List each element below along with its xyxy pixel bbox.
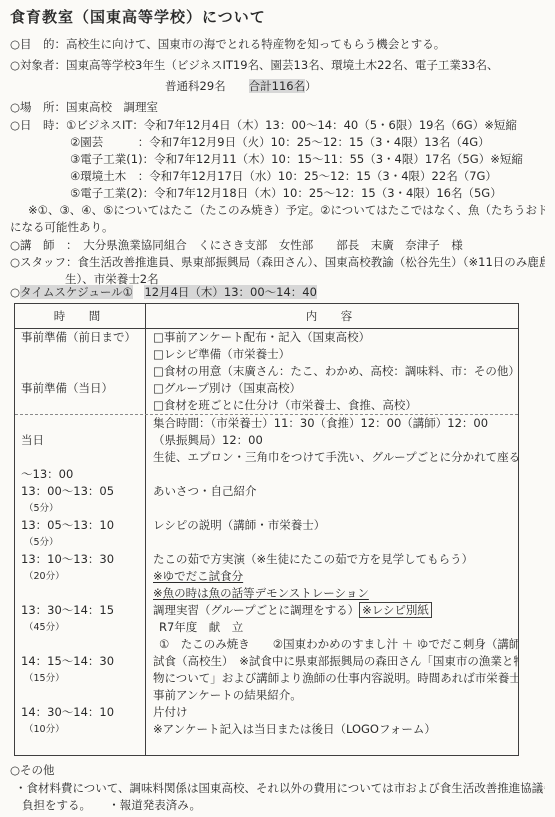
text-segment: ○スタッフ：食生活改善推進員、県東部振興局（森田さん）、国東高校教諭（松谷先生）… [10,255,545,269]
time-cell: 14：30～14：10 [15,704,146,721]
document-page: 食育教室（国東高等学校）について ○目 的：高校生に向けて、国東市の海でとれる特… [0,0,555,814]
table-row: 事前準備（前日まで）□事前アンケート配布・記入（国東高校） [15,329,518,346]
time-cell: 14：15～14：30 [15,653,146,670]
text-segment: （県振興局）12：00 [153,433,263,447]
table-row: ① たこのみ焼き ②国東わかめのすまし汁 ＋ ゆでだこ刺身（講師作成） [15,636,518,653]
text-segment: □食材を班ごとに仕分け（市栄養士、食推、高校） [153,398,417,412]
time-cell: 事前準備（当日） [15,380,146,397]
text-segment: ②園芸 ：令和7年12月9日（火）10：25～12：15（3・4限）13名（4G… [70,135,490,149]
time-cell: （5分） [15,534,146,551]
time-cell: 13：10～13：30 [15,551,146,568]
doc-line: になる可能性あり。 [10,219,545,236]
text-segment: ・食材料費について、調味料関係は国東高校、それ以外の費用については市および食生活… [15,781,545,795]
content-cell: レシピの説明（講師・市栄養士） [146,517,518,534]
time-cell [15,585,146,602]
content-cell [146,534,518,551]
time-cell: 13：00～13：05 [15,483,146,500]
content-cell: □食材の用意（末廣さん：たこ、わかめ、高校：調味料、市：その他） [146,363,518,380]
content-cell: 調理実習（グループごとに調理をする）※レシピ別紙 [146,602,518,619]
text-segment: ○講 師 ： 大分県漁業協同組合 くにさき支部 女性部 部長 末廣 奈津子 様 [10,238,463,252]
time-cell [15,397,146,414]
time-cell: （20分） [15,568,146,585]
text-segment: ※①、③、④、⑤についてはたこ（たこのみ焼き）予定。②についてはたこではなく、魚… [28,203,545,217]
table-row: ※魚の時は魚の話等デモンストレーション [15,585,518,602]
text-segment: レシピの説明（講師・市栄養士） [153,518,325,532]
text-segment: ※ゆでだこ試食分 [153,569,243,583]
table-row: 13：10～13：30たこの茹で方実演（※生徒にたこの茹で方を見学してもらう） [15,551,518,568]
text-segment: ○日 時：①ビジネスIT：令和7年12月4日（木）13：00～14：40（5・6… [10,118,517,132]
table-row: 生徒、エプロン・三角巾をつけて手洗い、グループごとに分かれて座る [15,449,518,466]
doc-line: ○講 師 ： 大分県漁業協同組合 くにさき支部 女性部 部長 末廣 奈津子 様 [10,237,545,254]
text-segment: ① たこのみ焼き ②国東わかめのすまし汁 ＋ ゆでだこ刺身（講師作成） [159,637,518,651]
content-cell: □レシピ準備（市栄養士） [146,346,518,363]
text-segment: ⑤電子工業(2)：令和7年12月18日（木）10：25～12：15（3・4限）1… [70,186,502,200]
text-segment: 片付け [153,705,188,719]
text-segment: ○場 所：国東高校 調理室 [10,100,158,114]
time-cell: （45分） [15,619,146,636]
content-cell: □事前アンケート配布・記入（国東高校） [146,329,518,346]
table-header-row: 時 間 内 容 [15,304,518,329]
table-row: （5分） [15,534,518,551]
content-cell [146,500,518,517]
content-cell: □食材を班ごとに仕分け（市栄養士、食推、高校） [146,397,518,414]
text-segment: ○目 的：高校生に向けて、国東市の海でとれる特産物を知ってもらう機会とする。 [10,37,445,51]
content-cell: ※アンケート記入は当日または後日（LOGOフォーム） [146,721,518,738]
time-cell: （10分） [15,721,146,738]
doc-line: ※①、③、④、⑤についてはたこ（たこのみ焼き）予定。②についてはたこではなく、魚… [10,202,545,219]
table-header-content: 内 容 [146,304,518,328]
doc-line: 負担をする。 ・報道発表済み。 [10,797,545,814]
doc-line: ⑤電子工業(2)：令和7年12月18日（木）10：25～12：15（3・4限）1… [10,185,545,202]
table-row: （5分） [15,500,518,517]
text-segment: ） [305,79,317,93]
text-segment: たこの茹で方実演（※生徒にたこの茹で方を見学してもらう） [153,552,473,566]
table-row: □食材の用意（末廣さん：たこ、わかめ、高校：調味料、市：その他） [15,363,518,380]
content-cell: □グループ別け（国東高校） [146,380,518,397]
text-segment: ④環境土木 ：令和7年12月17日（水）10：25～12：15（3・4限）22名… [70,169,497,183]
content-cell: 事前アンケートの結果紹介。 [146,687,518,704]
boxed-note: ※レシピ別紙 [359,602,432,618]
doc-line: ○場 所：国東高校 調理室 [10,99,545,116]
content-cell: 物について」および講師より漁師の仕事内容説明。時間あれば市栄養士より [146,670,518,687]
highlighted-text: 12月4日（木）13：00～14：40 [144,285,316,299]
text-segment: □グループ別け（国東高校） [153,381,301,395]
table-row: （10分）※アンケート記入は当日または後日（LOGOフォーム） [15,721,518,738]
table-row: 13：00～13：05あいさつ・自己紹介 [15,483,518,500]
time-cell [15,738,146,755]
doc-line: ②園芸 ：令和7年12月9日（火）10：25～12：15（3・4限）13名（4G… [10,134,545,151]
content-cell: 生徒、エプロン・三角巾をつけて手洗い、グループごとに分かれて座る [146,449,518,466]
table-row: （15分）物について」および講師より漁師の仕事内容説明。時間あれば市栄養士より [15,670,518,687]
text-segment [133,285,145,299]
highlighted-text: タイムスケジュール① [20,285,133,299]
doc-line: ③電子工業(1)：令和7年12月11（木）10：15～11：55（3・4限）17… [10,151,545,168]
time-cell: （5分） [15,500,146,517]
doc-line: ○対象者：国東高等学校3年生（ビジネスIT19名、園芸13名、環境土木22名、電… [10,57,545,74]
text-segment: 集合時間：（市栄養士）11：30（食推）12：00（講師）12：00 [153,416,488,430]
text-segment: 試食（高校生） ※試食中に県東部振興局の森田さん「国東市の漁業と特産 [153,654,518,668]
text-segment: ○対象者：国東高等学校3年生（ビジネスIT19名、園芸13名、環境土木22名、電… [10,58,498,72]
text-segment: □レシピ準備（市栄養士） [153,347,290,361]
content-cell: たこの茹で方実演（※生徒にたこの茹で方を見学してもらう） [146,551,518,568]
text-segment: ※アンケート記入は当日または後日（LOGOフォーム） [153,722,436,736]
table-row: 当日（県振興局）12：00 [15,432,518,449]
text-segment: 物について」および講師より漁師の仕事内容説明。時間あれば市栄養士より [153,671,518,685]
text-segment: ○その他 [10,763,55,777]
table-row: ～13：00 [15,466,518,483]
content-cell: 片付け [146,704,518,721]
time-cell [15,415,146,432]
text-segment: になる可能性あり。 [10,220,114,234]
table-row: □レシピ準備（市栄養士） [15,346,518,363]
content-cell: あいさつ・自己紹介 [146,483,518,500]
doc-line: ○タイムスケジュール① 12月4日（木）13：00～14：40 [10,284,545,301]
doc-line: ④環境土木 ：令和7年12月17日（水）10：25～12：15（3・4限）22名… [10,168,545,185]
text-segment: ○ [10,285,20,299]
time-cell [15,636,146,653]
table-row: 14：30～14：10片付け [15,704,518,721]
text-segment: ※魚の時は魚の話等デモンストレーション [153,586,369,600]
text-segment: あいさつ・自己紹介 [153,484,257,498]
table-row: □食材を班ごとに仕分け（市栄養士、食推、高校） [15,397,518,414]
table-row: 14：15～14：30試食（高校生） ※試食中に県東部振興局の森田さん「国東市の… [15,653,518,670]
content-cell [146,738,518,755]
content-cell: ※魚の時は魚の話等デモンストレーション [146,585,518,602]
intro-section: ○目 的：高校生に向けて、国東市の海でとれる特産物を知ってもらう機会とする。○対… [10,36,545,301]
time-cell: （15分） [15,670,146,687]
content-cell: （県振興局）12：00 [146,432,518,449]
table-header-time: 時 間 [15,304,146,328]
text-segment: 事前アンケートの結果紹介。 [153,688,302,702]
text-segment: 調理実習（グループごとに調理をする） [153,603,359,617]
text-segment: 負担をする。 ・報道発表済み。 [22,798,201,812]
content-cell: 集合時間：（市栄養士）11：30（食推）12：00（講師）12：00 [146,415,518,432]
time-cell: 13：30～14：15 [15,602,146,619]
content-cell: ① たこのみ焼き ②国東わかめのすまし汁 ＋ ゆでだこ刺身（講師作成） [146,636,518,653]
text-segment: 生徒、エプロン・三角巾をつけて手洗い、グループごとに分かれて座る [153,450,518,464]
text-segment: □食材の用意（末廣さん：たこ、わかめ、高校：調味料、市：その他） [153,364,518,378]
text-segment: R7年度 献 立 [159,620,243,634]
time-cell [15,687,146,704]
table-row: 事前準備（当日）□グループ別け（国東高校） [15,380,518,397]
content-cell [146,466,518,483]
time-cell [15,449,146,466]
text-segment: 普通科29名 [165,79,249,93]
table-row: 13：30～14：15調理実習（グループごとに調理をする）※レシピ別紙 [15,602,518,619]
doc-line: ○スタッフ：食生活改善推進員、県東部振興局（森田さん）、国東高校教諭（松谷先生）… [10,254,545,271]
doc-line: ○その他 [10,762,545,779]
time-cell: 事前準備（前日まで） [15,329,146,346]
text-segment: □事前アンケート配布・記入（国東高校） [153,330,370,344]
table-row [15,738,518,755]
doc-line: ・食材料費について、調味料関係は国東高校、それ以外の費用については市および食生活… [10,780,545,797]
time-cell: ～13：00 [15,466,146,483]
doc-line: ○日 時：①ビジネスIT：令和7年12月4日（木）13：00～14：40（5・6… [10,117,545,134]
schedule-table-body: 事前準備（前日まで）□事前アンケート配布・記入（国東高校）□レシピ準備（市栄養士… [15,329,518,755]
highlighted-text: 合計116名 [249,79,305,93]
text-segment: ③電子工業(1)：令和7年12月11（木）10：15～11：55（3・4限）17… [70,152,523,166]
time-cell [15,363,146,380]
table-row: 13：05～13：10レシピの説明（講師・市栄養士） [15,517,518,534]
document-title: 食育教室（国東高等学校）について [10,6,545,28]
table-row: （45分）R7年度 献 立 [15,619,518,636]
content-cell: 試食（高校生） ※試食中に県東部振興局の森田さん「国東市の漁業と特産 [146,653,518,670]
doc-line: 普通科29名 合計116名） [10,78,545,95]
time-cell [15,346,146,363]
content-cell: ※ゆでだこ試食分 [146,568,518,585]
table-row: 集合時間：（市栄養士）11：30（食推）12：00（講師）12：00 [15,415,518,432]
doc-line: ○目 的：高校生に向けて、国東市の海でとれる特産物を知ってもらう機会とする。 [10,36,545,53]
content-cell: R7年度 献 立 [146,619,518,636]
table-row: （20分）※ゆでだこ試食分 [15,568,518,585]
footer-section: ○その他・食材料費について、調味料関係は国東高校、それ以外の費用については市およ… [10,762,545,814]
time-cell: 当日 [15,432,146,449]
time-cell: 13：05～13：10 [15,517,146,534]
table-row: 事前アンケートの結果紹介。 [15,687,518,704]
schedule-table: 時 間 内 容 事前準備（前日まで）□事前アンケート配布・記入（国東高校）□レシ… [14,303,519,756]
